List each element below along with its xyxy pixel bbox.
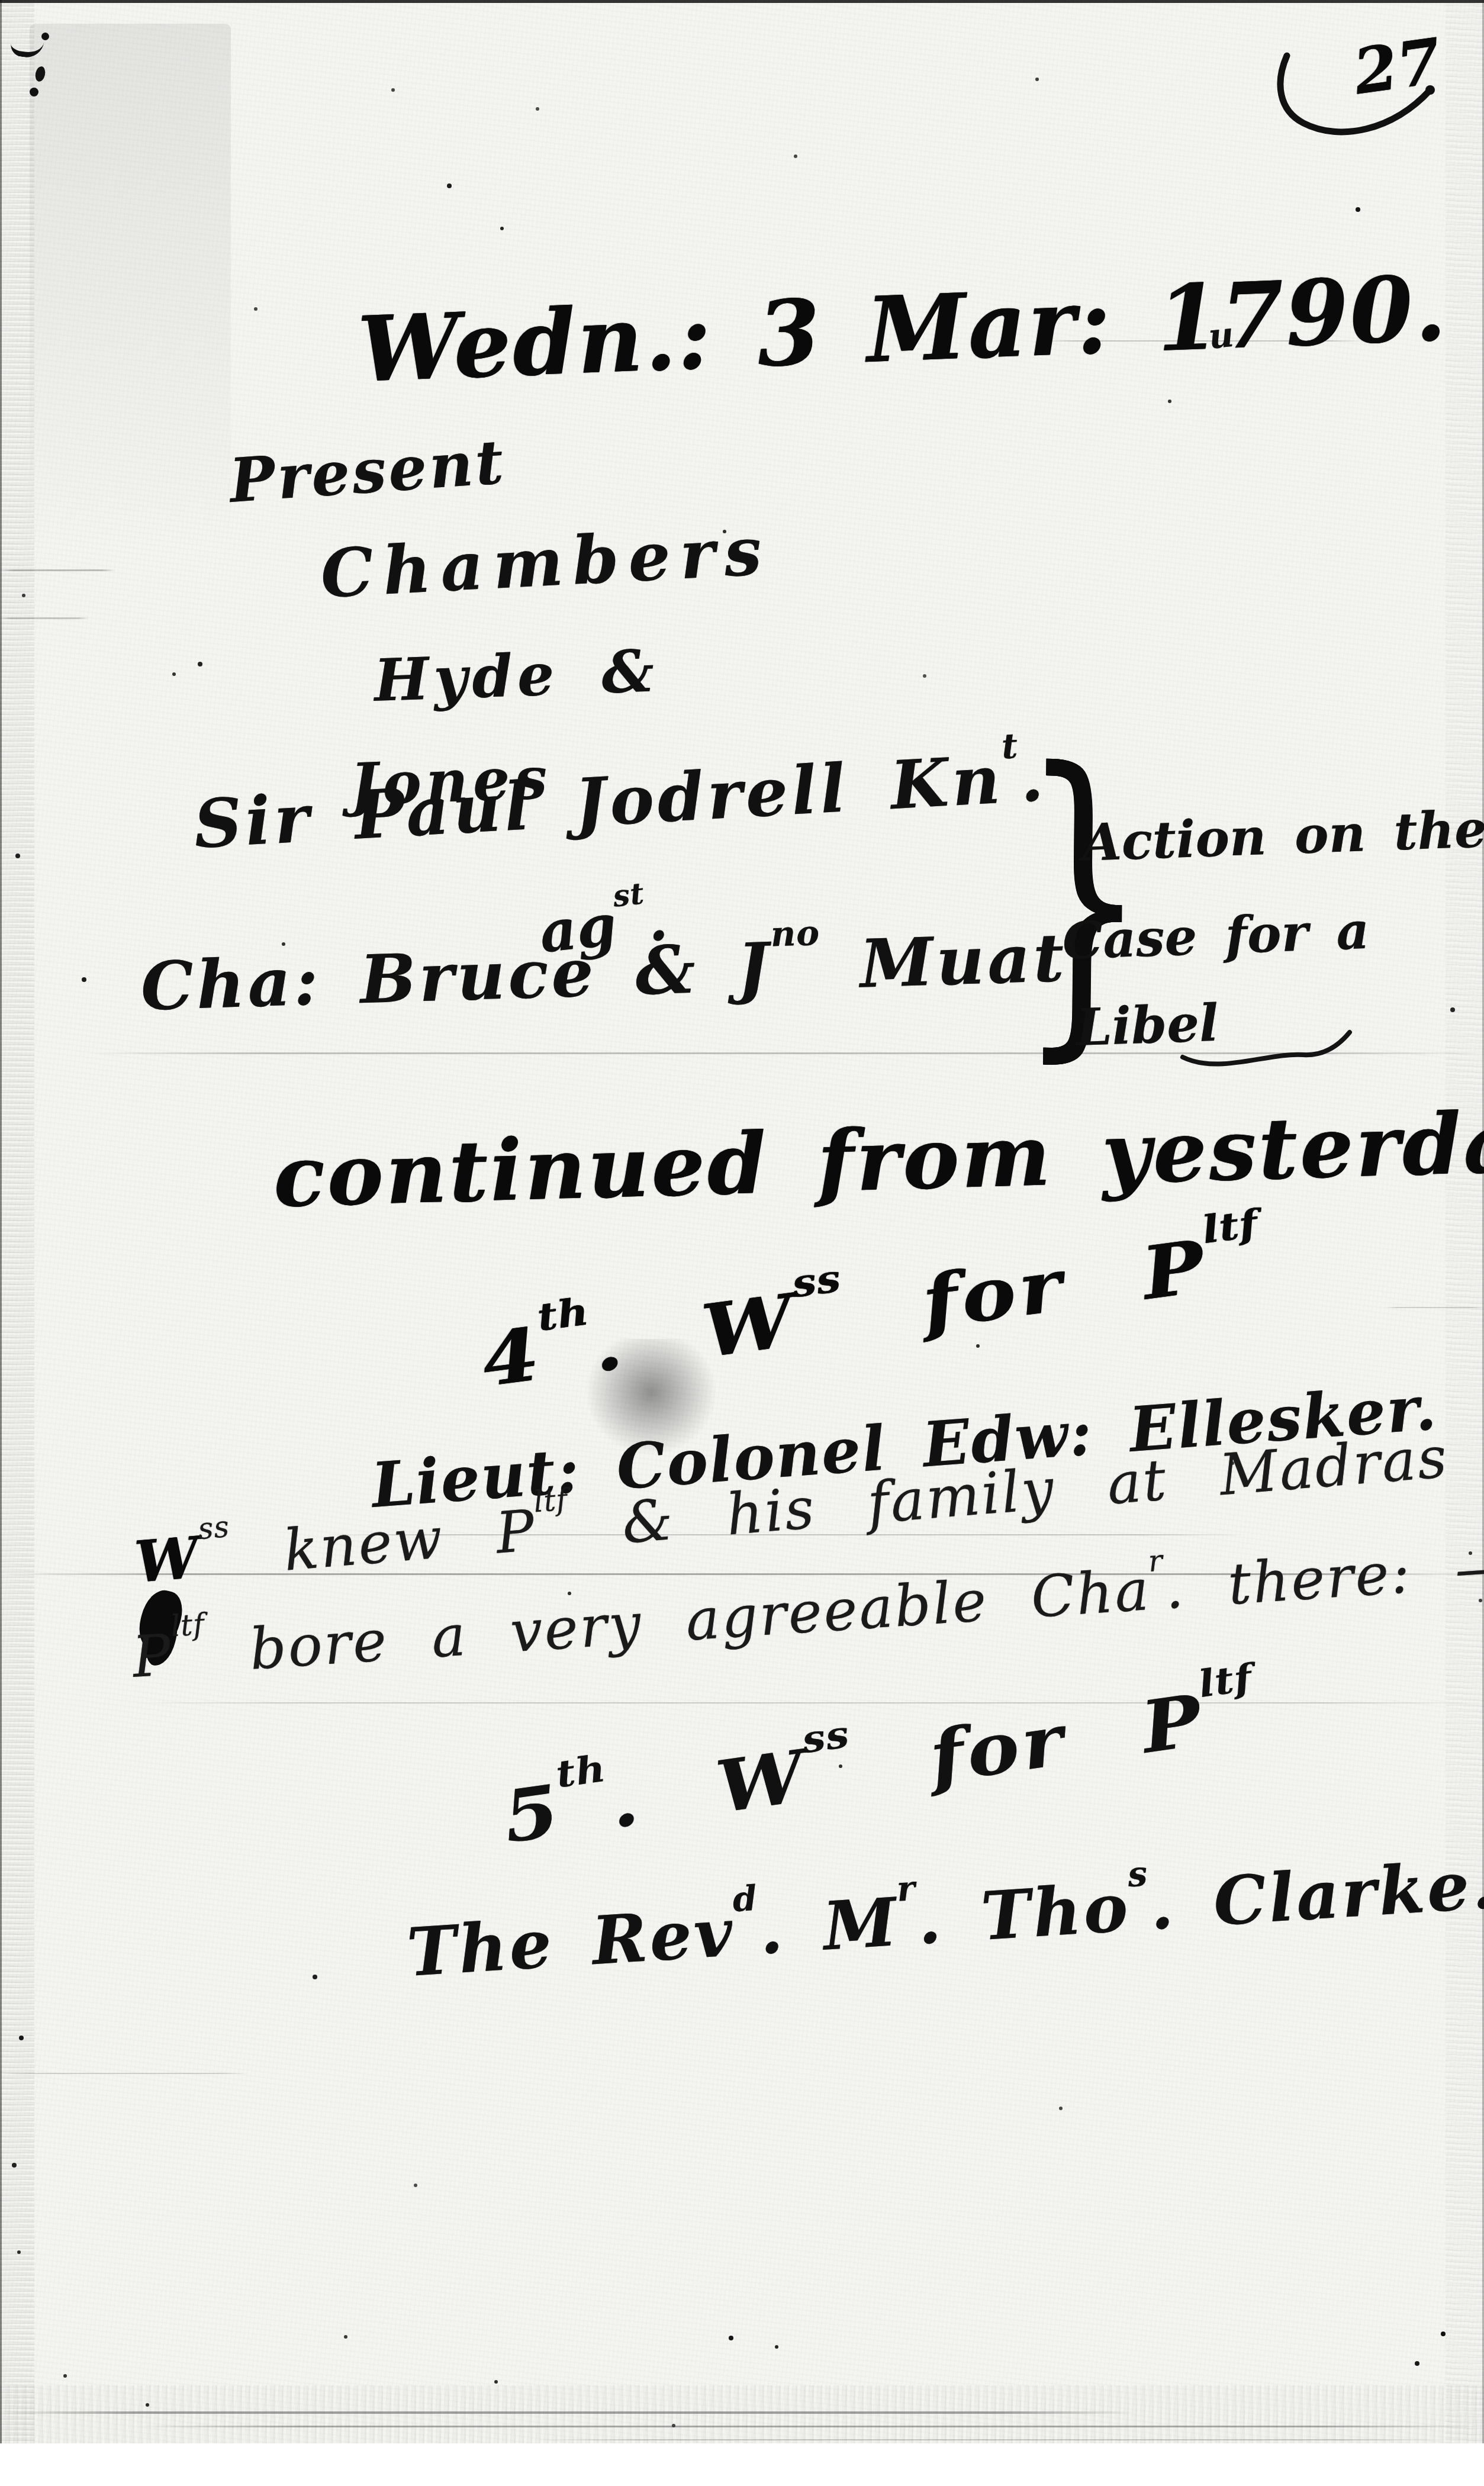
libel-flourish	[1178, 1026, 1356, 1080]
scan-grain-left	[0, 0, 34, 2448]
superscript: no	[770, 912, 820, 955]
continuation-line: continued from yesterday	[272, 1099, 1484, 1219]
period: .	[588, 1290, 709, 1389]
for-text: for	[839, 1232, 1148, 1355]
witness4-heading: 4th. Wss for Pltf	[478, 1222, 1267, 1396]
scan-streak	[0, 2073, 249, 2074]
scan-haze	[30, 24, 231, 550]
superscript: ss	[789, 1255, 843, 1306]
testimony-text: . there: —	[1163, 1532, 1484, 1622]
judge-name-hyde: Hyde &	[373, 642, 659, 710]
superscript: ltf	[1196, 1656, 1255, 1706]
scan-edge-left	[0, 0, 2, 2443]
defendants-line: Cha: Bruce & Jno Muat.	[140, 924, 1094, 1020]
superscript: th	[553, 1746, 609, 1796]
superscript: r	[896, 1867, 917, 1909]
witness-abbrev: W	[132, 1524, 203, 1596]
superscript: ltf	[532, 1482, 569, 1519]
witness-name-text: . Tho	[915, 1869, 1132, 1959]
cause-line-2: Case for a	[1061, 906, 1370, 967]
scan-grain-bottom	[0, 2385, 1484, 2443]
superscript: ltf	[169, 1607, 205, 1644]
manuscript-page: 27 Wedn.: 3 Mar: 1790. u Present Chamber…	[0, 0, 1484, 2486]
scan-streak	[0, 2411, 1137, 2414]
superscript: ss	[799, 1712, 852, 1762]
margin-mark: u	[1207, 317, 1235, 354]
scan-streak	[0, 569, 115, 571]
for-text: for	[848, 1687, 1148, 1810]
scan-streak	[136, 2426, 1484, 2427]
scan-streak	[1385, 1307, 1484, 1308]
scan-edge-top	[0, 0, 1484, 3]
plaintiff-abbrev: P	[130, 1622, 175, 1690]
ink-mark	[41, 33, 49, 40]
witness-abbrev: W	[712, 1734, 813, 1830]
superscript: r	[1147, 1543, 1164, 1579]
cause-line-1: Action on the	[1081, 804, 1484, 869]
scan-streak	[0, 617, 89, 619]
judge-name-chambers: Chambers	[319, 518, 772, 608]
scan-streak	[136, 1702, 1484, 1704]
period: .	[605, 1747, 723, 1844]
witness-name-text: . Clarke.	[1147, 1846, 1484, 1945]
superscript: s	[1126, 1853, 1149, 1895]
witness5-heading: 5th. Wss for Pltf	[500, 1677, 1262, 1854]
superscript: d	[732, 1877, 759, 1919]
ink-mark	[30, 88, 38, 96]
witness5-name: The Revd. Mr. Thos. Clarke.	[405, 1851, 1484, 1986]
witness-name-text: . M	[757, 1883, 902, 1970]
superscript: ss	[197, 1509, 231, 1546]
witness-name-text: The Rev	[405, 1894, 738, 1992]
plaintiff-text: Sir Paul Jodrell Kn	[192, 741, 1005, 864]
superscript: ltf	[1200, 1200, 1261, 1252]
scan-margin-bottom	[0, 2443, 1484, 2486]
plaintiff-abbrev: P	[494, 1498, 539, 1567]
scan-streak	[533, 2439, 1450, 2440]
superscript: t	[1000, 725, 1019, 767]
plaintiff-line: Sir Paul Jodrell Knt.	[192, 745, 1048, 858]
plaintiff-abbrev: P	[1137, 1223, 1212, 1316]
scan-grain-right	[1446, 0, 1484, 2448]
superscript: st	[611, 875, 646, 913]
page-number: 27	[1350, 30, 1444, 103]
defendants-text: Cha: Bruce & J	[140, 929, 773, 1026]
plaintiff-abbrev: P	[1137, 1679, 1209, 1770]
witness-abbrev: W	[697, 1277, 803, 1374]
witness-number: 4	[477, 1310, 548, 1403]
date-heading: Wedn.: 3 Mar: 1790.	[356, 263, 1449, 395]
witness-number: 5	[498, 1769, 567, 1859]
superscript: th	[535, 1289, 591, 1339]
present-label: Present	[227, 432, 507, 511]
